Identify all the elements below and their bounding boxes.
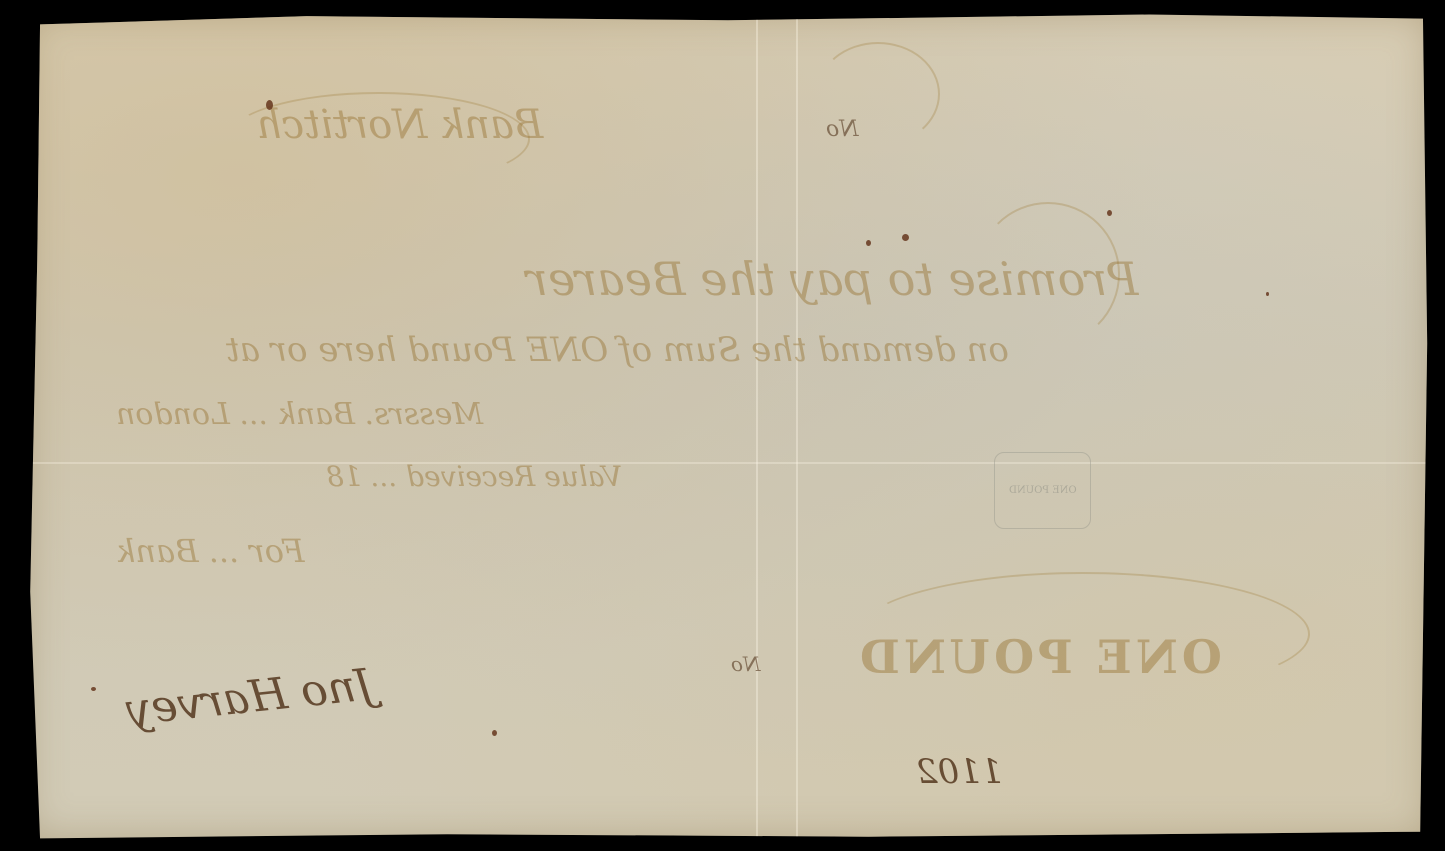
serial-prefix-text: No <box>826 117 859 142</box>
serial-number-text: 1102 <box>916 752 1003 792</box>
embossed-stamp: ONE POUND <box>994 452 1091 529</box>
promise-line-3: Messrs. Bank ... London <box>116 397 483 432</box>
promise-line-2: on demand the Sum of ONE Pound here or a… <box>226 330 1009 370</box>
promise-text: For ... Bank <box>116 532 304 570</box>
bank-title-mirrored: Bank Nortitch <box>256 102 543 148</box>
promise-text: Value Received ... 18 <box>326 460 622 493</box>
denomination-text: ONE POUND <box>856 630 1222 684</box>
serial-number: 1102 <box>916 752 1003 792</box>
banknote: Bank Nortitch No Promise to pay the Bear… <box>26 12 1430 840</box>
serial-prefix-top: No <box>826 117 859 142</box>
fold-crease <box>756 12 758 840</box>
ink-spot <box>266 100 273 110</box>
denomination-mirrored: ONE POUND <box>856 630 1222 684</box>
bank-title-text: Bank Nortitch <box>256 102 543 148</box>
fold-crease <box>26 462 1430 464</box>
serial-prefix-text: No <box>731 652 761 676</box>
ink-spot <box>1266 292 1269 296</box>
ink-spot <box>91 687 96 691</box>
promise-line-4: Value Received ... 18 <box>326 460 622 493</box>
signature: Jno Harvey <box>124 659 376 736</box>
promise-line-5: For ... Bank <box>116 532 304 570</box>
ink-spot <box>902 234 909 241</box>
ink-spot <box>866 240 871 246</box>
fold-crease <box>796 12 798 840</box>
promise-text: Messrs. Bank ... London <box>116 397 483 432</box>
ink-spot <box>492 730 497 736</box>
promise-text: Promise to pay the Bearer <box>526 252 1138 306</box>
signature-text: Jno Harvey <box>124 659 376 736</box>
stamp-text: ONE POUND <box>1009 485 1077 496</box>
promise-text: on demand the Sum of ONE Pound here or a… <box>226 330 1009 370</box>
ink-spot <box>1107 210 1112 216</box>
promise-line-1: Promise to pay the Bearer <box>526 252 1138 306</box>
serial-prefix-bottom: No <box>731 652 761 676</box>
